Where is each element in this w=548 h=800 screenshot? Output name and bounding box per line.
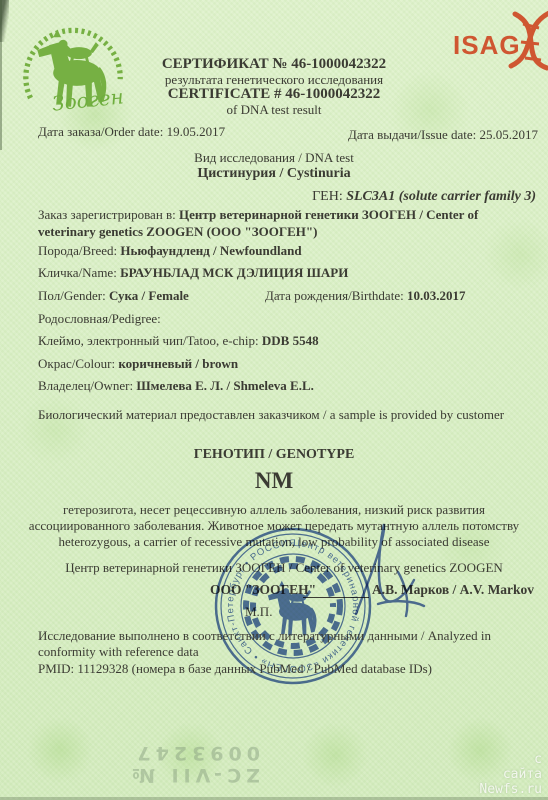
owner-value: Шмелева Е. Л. / Shmeleva E.L. (136, 378, 314, 393)
colour-label: Окрас/Colour: (38, 356, 115, 371)
test-kind-label: Вид исследования / DNA test (0, 150, 548, 166)
site-watermark-line2: сайта (479, 767, 542, 782)
breed-value: Ньюфаундленд / Newfoundland (120, 243, 301, 258)
order-date-row: Дата заказа/Order date: 19.05.2017 (38, 124, 225, 140)
showthrough-form-number: ZC-VII № 0093247 (10, 742, 260, 786)
tatoo-label: Клеймо, электронный чип/Tatoo, e-chip: (38, 333, 259, 348)
dog-name-row: Кличка/Name: БРАУНБЛАД МСК ДЭЛИЦИЯ ШАРИ (38, 264, 524, 281)
pedigree-row: Родословная/Pedigree: (38, 310, 524, 327)
certificate-page: Зооген ISAG СЕРТИФИКАТ № 46-1000042322 р… (0, 0, 548, 800)
site-watermark-line3: Newfs.ru (479, 782, 542, 797)
registered-row: Заказ зарегистрирован в: Центр ветеринар… (38, 206, 524, 240)
tatoo-row: Клеймо, электронный чип/Tatoo, e-chip: D… (38, 332, 524, 349)
sample-note: Биологический материал предоставлен зака… (38, 406, 524, 423)
registered-label: Заказ зарегистрирован в: (38, 207, 176, 222)
handwritten-signature (328, 516, 448, 628)
footer-block: Исследование выполнено в соответствии с … (38, 628, 544, 677)
genotype-heading: ГЕНОТИП / GENOTYPE (0, 447, 548, 463)
certificate-number-ru: СЕРТИФИКАТ № 46-1000042322 (0, 57, 548, 72)
gene-row: ГЕН: SLC3A1 (solute carrier family 3) (312, 189, 536, 205)
birthdate-label: Дата рождения/Birthdate: (265, 288, 404, 303)
breed-label: Порода/Breed: (38, 243, 117, 258)
order-date-value: 19.05.2017 (167, 124, 226, 139)
site-watermark-line1: с (479, 752, 542, 767)
footer-conformity: Исследование выполнено в соответствии с … (38, 628, 544, 660)
dog-name-value: БРАУНБЛАД МСК ДЭЛИЦИЯ ШАРИ (120, 265, 348, 280)
birthdate-value: 10.03.2017 (407, 288, 466, 303)
gene-label: ГЕН: (312, 189, 343, 204)
genotype-value: NM (0, 468, 548, 494)
test-kind-value: Цистинурия / Cystinuria (0, 166, 548, 182)
gender-value: Сука / Female (109, 288, 189, 303)
gender-label: Пол/Gender: (38, 288, 106, 303)
dog-name-label: Кличка/Name: (38, 265, 117, 280)
issue-date-row: Дата выдачи/Issue date: 25.05.2017 (348, 127, 538, 143)
issue-date-value: 25.05.2017 (480, 127, 539, 142)
birthdate-row: Дата рождения/Birthdate: 10.03.2017 (265, 288, 465, 304)
order-date-label: Дата заказа/Order date: (38, 124, 163, 139)
certificate-subtitle-ru: результата генетического исследования (0, 72, 548, 87)
tatoo-value: DDB 5548 (262, 333, 319, 348)
certificate-title-block: СЕРТИФИКАТ № 46-1000042322 результата ге… (0, 57, 548, 117)
site-watermark: с сайта Newfs.ru (479, 752, 542, 797)
footer-pmid: PMID: 11129328 (номера в базе данных Pub… (38, 661, 544, 677)
breed-row: Порода/Breed: Ньюфаундленд / Newfoundlan… (38, 242, 524, 259)
owner-label: Владелец/Owner: (38, 378, 133, 393)
gene-value: SLC3A1 (solute carrier family 3) (346, 189, 536, 204)
pedigree-label: Родословная/Pedigree: (38, 311, 161, 326)
issue-date-label: Дата выдачи/Issue date: (348, 127, 476, 142)
colour-value: коричневый / brown (118, 356, 238, 371)
owner-row: Владелец/Owner: Шмелева Е. Л. / Shmeleva… (38, 377, 524, 394)
certificate-number-en: CERTIFICATE # 46-1000042322 (0, 87, 548, 102)
certificate-subtitle-en: of DNA test result (0, 102, 548, 117)
colour-row: Окрас/Colour: коричневый / brown (38, 355, 524, 372)
